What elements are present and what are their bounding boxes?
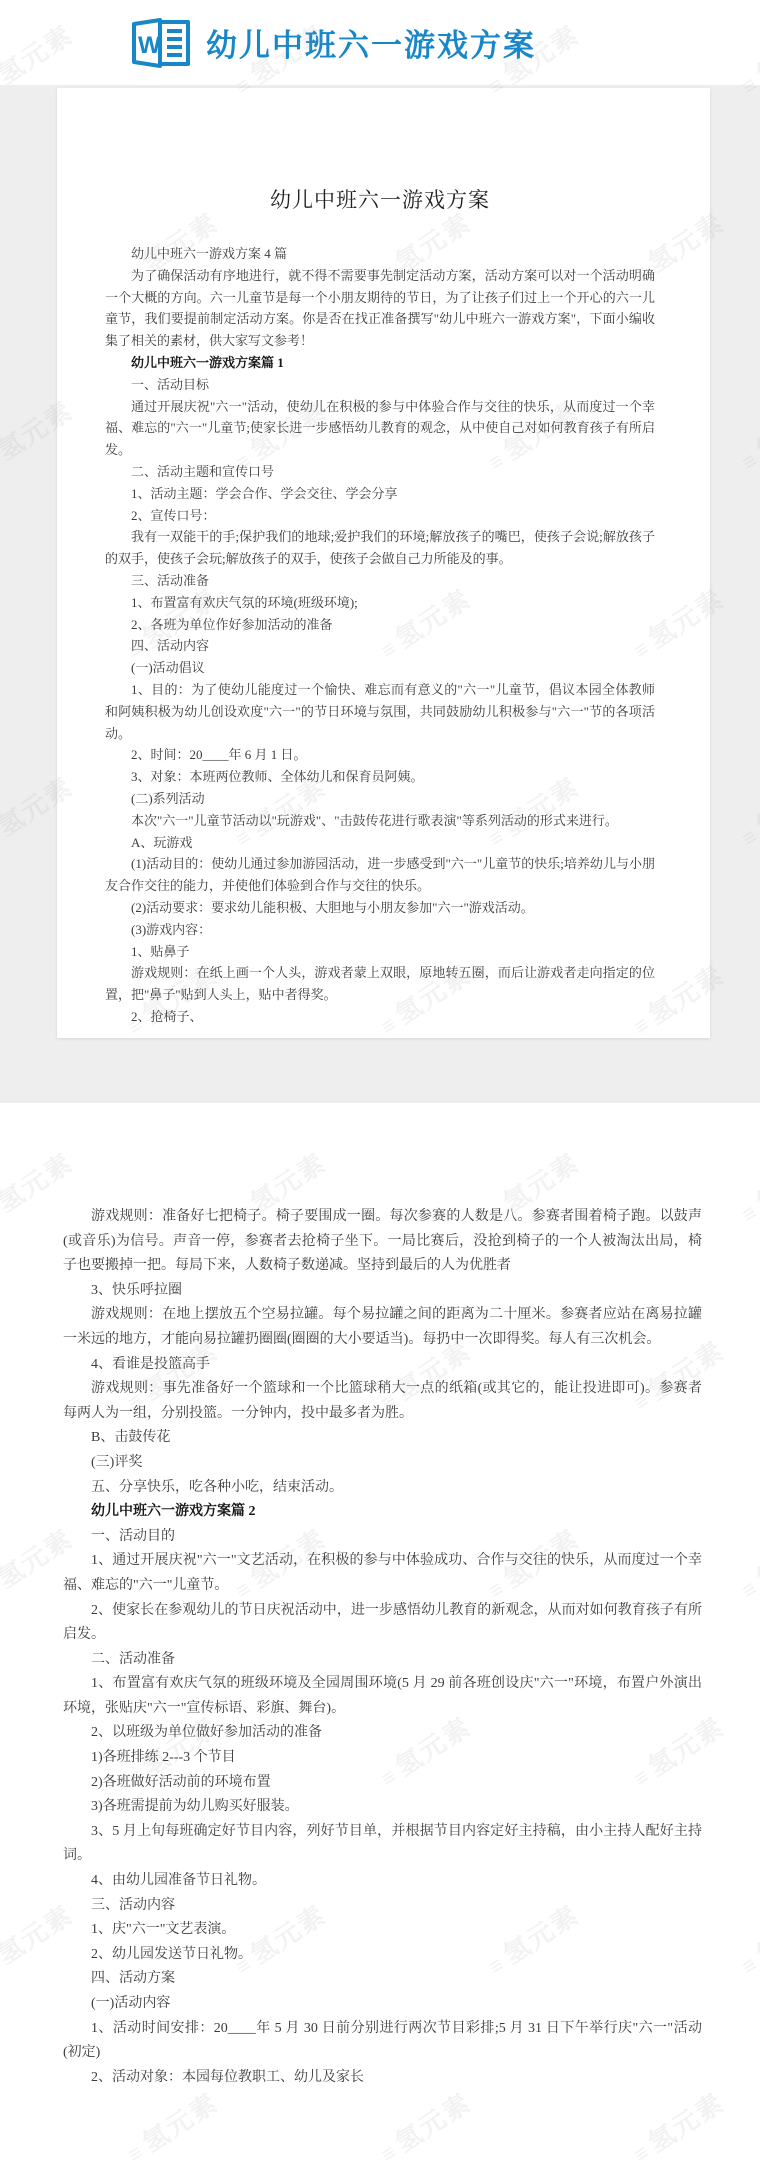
- doc-paragraph: 游戏规则：准备好七把椅子。椅子要围成一圈。每次参赛的人数是八。参赛者围着椅子跑。…: [63, 1205, 702, 1279]
- doc-paragraph: 4、由幼儿园准备节日礼物。: [63, 1869, 702, 1894]
- doc-paragraph: 2)各班做好活动前的环境布置: [63, 1771, 702, 1796]
- doc-paragraph: 4、看谁是投篮高手: [63, 1353, 702, 1378]
- doc-paragraph: 游戏规则：在纸上画一个人头，游戏者蒙上双眼，原地转五圈，而后让游戏者走向指定的位…: [105, 962, 655, 1006]
- doc-paragraph: 2、使家长在参观幼儿的节日庆祝活动中，进一步感悟幼儿教育的新观念，从而对如何教育…: [63, 1599, 702, 1648]
- doc-paragraph: 通过开展庆祝"六一"活动，使幼儿在积极的参与中体验合作与交往的快乐，从而度过一个…: [105, 396, 655, 461]
- site-header: W 幼儿中班六一游戏方案: [0, 0, 760, 85]
- document-title: 幼儿中班六一游戏方案: [105, 184, 655, 216]
- doc-paragraph: 2、活动对象：本园每位教职工、幼儿及家长: [63, 2066, 702, 2091]
- doc-paragraph: A、玩游戏: [105, 832, 655, 854]
- document-body-page-1: 幼儿中班六一游戏方案 4 篇为了确保活动有序地进行，就不得不需要事先制定活动方案…: [105, 243, 655, 1028]
- doc-paragraph: 2、以班级为单位做好参加活动的准备: [63, 1721, 702, 1746]
- document-background: 幼儿中班六一游戏方案 幼儿中班六一游戏方案 4 篇为了确保活动有序地进行，就不得…: [0, 85, 760, 1103]
- doc-paragraph: (一)活动倡议: [105, 657, 655, 679]
- doc-paragraph: 五、分享快乐，吃各种小吃，结束活动。: [63, 1476, 702, 1501]
- doc-paragraph: 1、布置富有欢庆气氛的环境(班级环境);: [105, 592, 655, 614]
- doc-heading: 幼儿中班六一游戏方案篇 1: [105, 352, 655, 374]
- document-page-1: 幼儿中班六一游戏方案 幼儿中班六一游戏方案 4 篇为了确保活动有序地进行，就不得…: [57, 88, 710, 1038]
- doc-paragraph: 四、活动内容: [105, 635, 655, 657]
- doc-paragraph: (三)评奖: [63, 1451, 702, 1476]
- doc-paragraph: (3)游戏内容：: [105, 919, 655, 941]
- doc-paragraph: 二、活动主题和宣传口号: [105, 461, 655, 483]
- page-title: 幼儿中班六一游戏方案: [206, 20, 536, 65]
- doc-paragraph: (1)活动目的：使幼儿通过参加游园活动，进一步感受到"六一"儿童节的快乐;培养幼…: [105, 853, 655, 897]
- doc-paragraph: 三、活动内容: [63, 1894, 702, 1919]
- doc-paragraph: 1、通过开展庆祝"六一"文艺活动，在积极的参与中体验成功、合作与交往的快乐，从而…: [63, 1549, 702, 1598]
- doc-paragraph: 二、活动准备: [63, 1648, 702, 1673]
- doc-paragraph: 游戏规则：事先准备好一个篮球和一个比篮球稍大一点的纸箱(或其它的，能让投进即可)…: [63, 1377, 702, 1426]
- doc-paragraph: B、击鼓传花: [63, 1426, 702, 1451]
- doc-paragraph: 本次"六一"儿童节活动以"玩游戏"、"击鼓传花进行歌表演"等系列活动的形式来进行…: [105, 810, 655, 832]
- doc-paragraph: 游戏规则：在地上摆放五个空易拉罐。每个易拉罐之间的距离为二十厘米。参赛者应站在离…: [63, 1303, 702, 1352]
- doc-paragraph: (一)活动内容: [63, 1992, 702, 2017]
- doc-paragraph: 四、活动方案: [63, 1967, 702, 1992]
- doc-paragraph: 一、活动目的: [63, 1525, 702, 1550]
- word-doc-icon: W: [130, 18, 192, 68]
- doc-heading: 幼儿中班六一游戏方案篇 2: [63, 1500, 702, 1525]
- doc-paragraph: 我有一双能干的手;保护我们的地球;爱护我们的环境;解放孩子的嘴巴，使孩子会说;解…: [105, 526, 655, 570]
- doc-paragraph: 3、快乐呼拉圈: [63, 1279, 702, 1304]
- doc-paragraph: 三、活动准备: [105, 570, 655, 592]
- doc-paragraph: (二)系列活动: [105, 788, 655, 810]
- doc-paragraph: 2、幼儿园发送节日礼物。: [63, 1943, 702, 1968]
- doc-paragraph: 1、庆"六一"文艺表演。: [63, 1918, 702, 1943]
- doc-paragraph: 2、抢椅子、: [105, 1006, 655, 1028]
- document-page-2: 游戏规则：准备好七把椅子。椅子要围成一圈。每次参赛的人数是八。参赛者围着椅子跑。…: [0, 1103, 760, 2178]
- doc-paragraph: 3、对象：本班两位教师、全体幼儿和保育员阿姨。: [105, 766, 655, 788]
- svg-text:W: W: [138, 32, 161, 59]
- doc-paragraph: 一、活动目标: [105, 374, 655, 396]
- doc-paragraph: 幼儿中班六一游戏方案 4 篇: [105, 243, 655, 265]
- doc-paragraph: 1、贴鼻子: [105, 941, 655, 963]
- doc-paragraph: 2、时间：20____年 6 月 1 日。: [105, 744, 655, 766]
- doc-paragraph: 3)各班需提前为幼儿购买好服装。: [63, 1795, 702, 1820]
- doc-paragraph: (2)活动要求：要求幼儿能积极、大胆地与小朋友参加"六一"游戏活动。: [105, 897, 655, 919]
- doc-paragraph: 为了确保活动有序地进行，就不得不需要事先制定活动方案，活动方案可以对一个活动明确…: [105, 265, 655, 352]
- doc-paragraph: 1、目的：为了使幼儿能度过一个愉快、难忘而有意义的"六一"儿童节，倡议本园全体教…: [105, 679, 655, 744]
- doc-paragraph: 1、布置富有欢庆气氛的班级环境及全园周围环境(5 月 29 前各班创设庆"六一"…: [63, 1672, 702, 1721]
- doc-paragraph: 1、活动主题：学会合作、学会交往、学会分享: [105, 483, 655, 505]
- doc-paragraph: 1、活动时间安排：20____年 5 月 30 日前分别进行两次节目彩排;5 月…: [63, 2017, 702, 2066]
- doc-paragraph: 3、5 月上旬每班确定好节目内容，列好节目单，并根据节目内容定好主持稿，由小主持…: [63, 1820, 702, 1869]
- doc-paragraph: 2、各班为单位作好参加活动的准备: [105, 614, 655, 636]
- doc-paragraph: 2、宣传口号：: [105, 505, 655, 527]
- doc-paragraph: 1)各班排练 2---3 个节目: [63, 1746, 702, 1771]
